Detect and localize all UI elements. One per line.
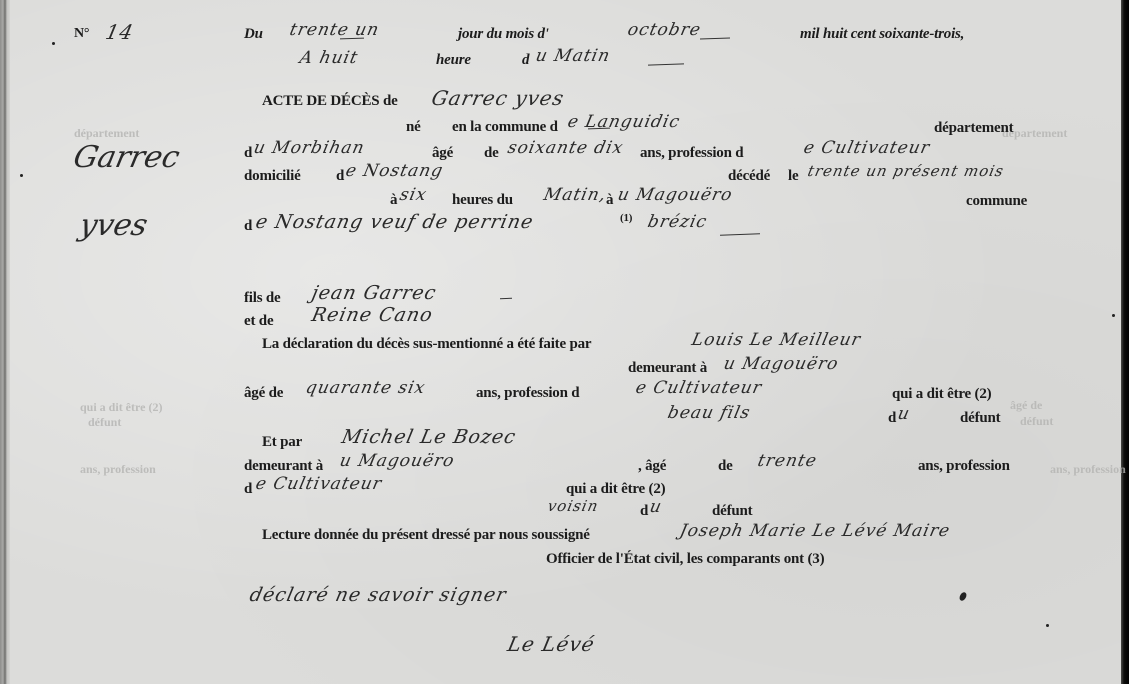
commune-label: commune — [966, 193, 1027, 210]
fill-dash — [500, 298, 512, 299]
ink-speck — [1112, 314, 1115, 317]
act-title: ACTE DE DÉCÈS de — [262, 93, 398, 110]
profession-label: ans, profession d — [640, 145, 743, 162]
fill-dash — [648, 63, 684, 65]
age-label: âgé — [432, 145, 453, 162]
declaration-intro: La déclaration du décès sus-mentionné a … — [262, 336, 591, 353]
record-number: 14 — [103, 20, 136, 44]
footnote-1: (1) — [620, 212, 632, 224]
declarant-2-profession: e Cultivateur — [254, 474, 384, 494]
death-record-month: octobre — [626, 20, 703, 40]
margin-given-name: yves — [76, 208, 150, 243]
birth-commune: e Languidic — [566, 112, 682, 132]
ink-speck — [958, 591, 968, 602]
declarant-2-name: Michel Le Bozec — [340, 426, 519, 448]
domicile-prefix: d — [336, 168, 344, 185]
mother-name: Reine Cano — [310, 304, 435, 326]
age-de: de — [484, 145, 499, 162]
death-hour-label: heures du — [452, 192, 513, 209]
page-right-edge-shadow — [1121, 0, 1129, 684]
declarant-2-profession-prefix: d — [244, 481, 252, 498]
death-commune-and-widower-of: e Nostang veuf de perrine — [254, 211, 536, 233]
declarant-2-intro: Et par — [262, 434, 302, 451]
declarant-1-age: quarante six — [304, 378, 427, 398]
record-hour: A huit — [298, 48, 360, 68]
declarant-1-of: u — [896, 404, 912, 424]
declarant-2-age-label: , âgé — [638, 458, 666, 475]
father-name: jean Garrec — [310, 282, 439, 304]
deceased-age: soixante dix — [506, 138, 626, 158]
declarant-2-profession-label: ans, profession — [918, 458, 1010, 475]
record-number-label: N° — [74, 26, 89, 42]
death-date: trente un présent mois — [806, 162, 1006, 180]
declarant-1-relation: beau fils — [666, 403, 753, 423]
declarant-2-age-de: de — [718, 458, 733, 475]
bleed-through-text: qui a dit être (2) — [80, 400, 162, 415]
hour-connector: d — [522, 52, 529, 69]
birth-department: u Morbihan — [252, 138, 367, 158]
ink-speck — [1046, 624, 1049, 627]
bleed-through-text: défunt — [88, 415, 121, 430]
declarant-1-residence: u Magouëro — [722, 354, 841, 374]
date-prefix: Du — [244, 26, 263, 43]
bleed-through-text: ans, profession — [80, 462, 156, 477]
bleed-through-text: ans, profession — [1050, 462, 1126, 477]
declarant-1-relation-label: qui a dit être (2) — [892, 386, 991, 403]
declarant-1-age-label: âgé de — [244, 385, 283, 402]
son-of-label: fils de — [244, 290, 281, 307]
declarant-1-residing-label: demeurant à — [628, 360, 707, 377]
year-text: mil huit cent soixante-trois, — [800, 26, 964, 43]
day-suffix: jour du mois d' — [458, 26, 549, 43]
death-time-of-day: Matin, — [542, 185, 608, 205]
reading-statement: Lecture donnée du présent dressé par nou… — [262, 527, 590, 544]
domicile-label: domicilié — [244, 168, 301, 185]
margin-surname: Garrec — [70, 140, 183, 175]
death-place-at: à — [606, 192, 613, 209]
declarant-2-relation: voisin — [546, 497, 600, 515]
ink-speck — [52, 42, 55, 45]
declarant-1-profession-label: ans, profession d — [476, 385, 579, 402]
declarant-2-residence: u Magouëro — [338, 451, 457, 471]
hour-label: heure — [436, 52, 471, 69]
registrar-signature: Le Lévé — [505, 632, 597, 656]
bleed-through-text: défunt — [1020, 414, 1053, 429]
declarant-2-relation-label: qui a dit être (2) — [566, 481, 665, 498]
page-binding-edge — [0, 0, 10, 684]
death-hour: six — [398, 185, 429, 205]
ink-speck — [20, 174, 23, 177]
declarant-1-name: Louis Le Meilleur — [690, 330, 863, 350]
fill-dash — [700, 37, 730, 39]
department-label: département — [934, 120, 1013, 137]
declarant-2-of-label: d — [640, 503, 648, 520]
commune-prefix: d — [244, 218, 252, 235]
death-place: u Magouëro — [616, 185, 735, 205]
died-label: décédé — [728, 168, 770, 185]
declarant-1-profession: e Cultivateur — [634, 378, 764, 398]
document-page: département département qui a dit être (… — [0, 0, 1129, 684]
deceased-name: Garrec yves — [429, 86, 566, 110]
declarant-2-deceased-label: défunt — [712, 503, 752, 520]
and-of-label: et de — [244, 313, 273, 330]
declarant-2-of: u — [648, 497, 664, 517]
death-at: à — [390, 192, 397, 209]
declarant-1-of-label: d — [888, 410, 896, 427]
born-label: né — [406, 119, 421, 136]
declarant-1-deceased-label: défunt — [960, 410, 1000, 427]
deceased-profession: e Cultivateur — [802, 138, 932, 158]
declaration-cannot-sign: déclaré ne savoir signer — [248, 584, 509, 606]
deceased-domicile: e Nostang — [344, 161, 445, 181]
declarant-2-residing-label: demeurant à — [244, 458, 323, 475]
department-prefix: d — [244, 145, 252, 162]
record-time-of-day: u Matin — [534, 46, 612, 66]
bleed-through-text: département — [74, 126, 139, 141]
fill-dash — [720, 233, 760, 235]
died-le: le — [788, 168, 798, 185]
death-record-day: trente un — [288, 20, 381, 40]
spouse-surname: brézic — [646, 212, 709, 232]
declarant-2-age: trente — [756, 451, 819, 471]
birth-commune-label: en la commune d — [452, 119, 558, 136]
officer-statement: Officier de l'État civil, les comparants… — [546, 551, 824, 568]
registrar-name: Joseph Marie Le Lévé Maire — [678, 521, 952, 541]
bleed-through-text: âgé de — [1010, 398, 1042, 413]
